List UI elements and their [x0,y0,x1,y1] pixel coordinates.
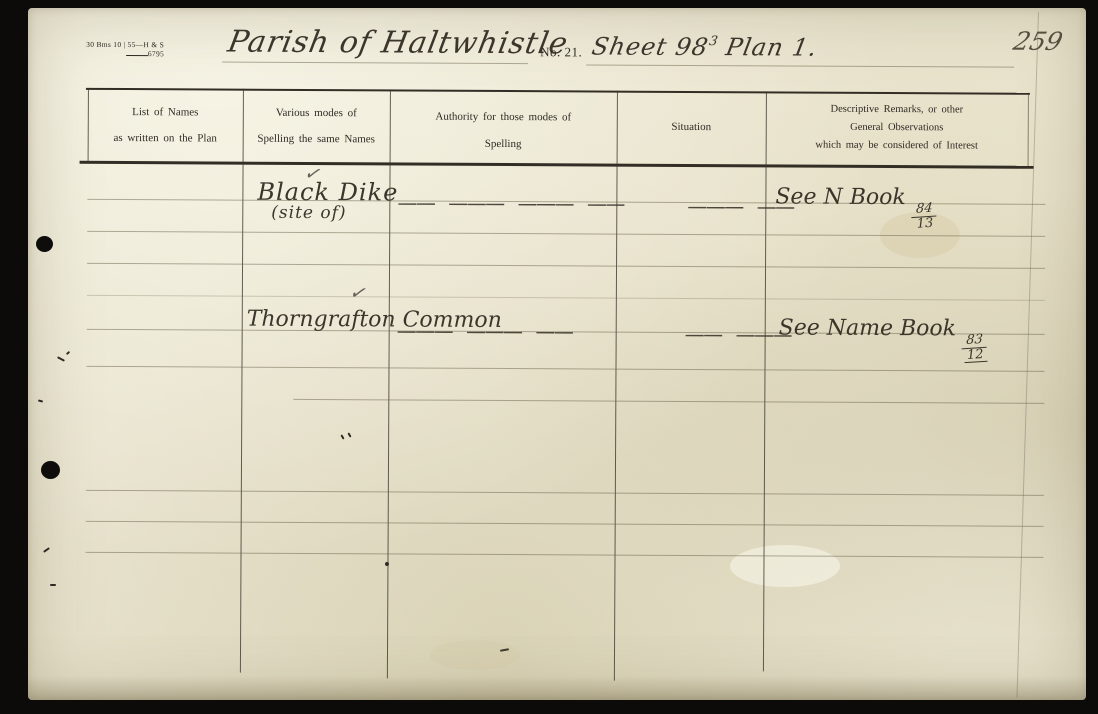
column-divider [240,89,244,673]
form-number: No. 21. [540,44,582,60]
scanned-document-page: 30 Bms 10 | 55—H & S 6795 Parish of Halt… [0,0,1098,714]
ruled-line [87,231,1045,237]
remark-entry: See Name Book 8312 [779,315,988,362]
column-header-situation: Situation [617,121,766,134]
checkmark: ✓ [347,281,371,305]
column-header-spelling-modes: Various modes of Spelling the same Names [243,100,390,153]
page-number: 259 [1011,27,1066,56]
remark-entry: See N Book 8413 [775,184,937,230]
ruled-line [86,552,1044,558]
scan-tilt-layer: 30 Bms 10 | 55—H & S 6795 Parish of Halt… [0,0,1098,714]
stamp-rule [126,49,148,56]
column-header-names: List of Names as written on the Plan [88,99,243,152]
ruled-line-partial [293,399,1044,404]
ruled-line [86,366,1044,372]
ditto-dashes-authority: ——— ——— —— [397,318,573,343]
ditto-dashes-situation: —— ——— [685,322,791,347]
column-divider [763,91,767,671]
column-header-authority: Authority for those modes of Spelling [390,103,617,158]
entry-name-line2: (site of) [271,203,346,223]
column-header-remarks: Descriptive Remarks, or other General Ob… [766,100,1028,155]
book-reference-fraction: 8413 [912,201,938,231]
column-divider [614,91,618,681]
printers-stamp-line1: 30 Bms 10 | 55—H & S [86,41,164,49]
ruled-line [86,490,1044,496]
book-reference-fraction: 8312 [962,333,988,364]
ruled-line [87,295,1045,301]
sheet-reference: Sheet 983 Plan 1. [590,32,820,61]
title-ruled-line [222,62,528,65]
ruled-line [87,263,1045,269]
table-top-border [86,88,1030,95]
printers-stamp: 30 Bms 10 | 55—H & S 6795 [86,41,164,58]
parish-title: Parish of Haltwhistle [225,25,571,62]
table-header-bottom-border [80,161,1034,169]
ditto-dashes-authority: —— ——— ——— —— [397,190,624,215]
printers-stamp-line2: 6795 [86,49,164,58]
sheet-ruled-line [586,64,1014,67]
ruled-line [86,521,1044,527]
